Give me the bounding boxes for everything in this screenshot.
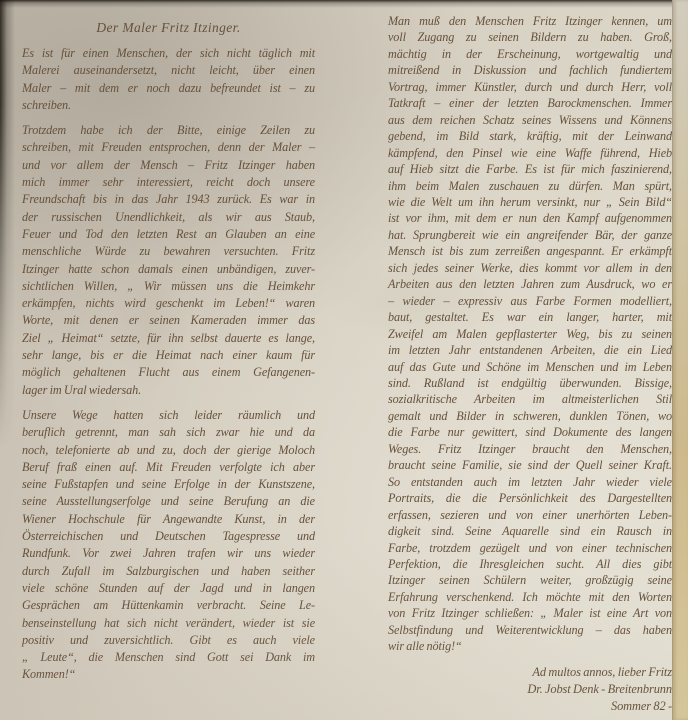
- text-line: wie die Welt um ihn herum versinkt, nur …: [388, 194, 672, 210]
- text-line: sich jedes seiner Werke, dies kommt vor …: [388, 260, 672, 276]
- text-line: aus dem reichen Schatz seines Wissens un…: [388, 112, 672, 128]
- text-line: auf Hieb sitzt die Farbe. Es ist für mic…: [388, 161, 672, 177]
- paragraph: Trotzdem habe ich der Bitte, einige Zeil…: [22, 122, 315, 399]
- text-line: und vor allem der Mensch – Fritz Itzinge…: [22, 157, 315, 174]
- text-line: Es ist für einen Menschen, der sich nich…: [22, 45, 315, 62]
- text-line: sichtlichen Willen, „ Wir müssen uns die…: [22, 278, 315, 295]
- text-line: sind. Rußland ist endgültig überwunden. …: [388, 375, 672, 391]
- text-line: benseinstellung hat sich nicht verändert…: [22, 615, 315, 632]
- text-line: schreiben, mit Freuden entsprochen, denn…: [22, 139, 315, 156]
- text-line: sehr lange, bis er die Heimat nach einer…: [22, 347, 315, 364]
- text-line: Mensch ist bis zum zerreißen angespannt.…: [388, 243, 672, 259]
- text-line: auf das Gute und Schöne im Menschen und …: [388, 359, 672, 375]
- text-line: – wieder – expressiv aus Farbe Formen mo…: [388, 293, 672, 309]
- text-line: viele schöne Stunden auf der Jagd und in…: [22, 580, 315, 597]
- text-line: Gesprächen am Hüttenkamin verbracht. Sei…: [22, 597, 315, 614]
- right-column: Man muß den Menschen Fritz Itzinger kenn…: [388, 13, 672, 715]
- page-title: Der Maler Fritz Itzinger.: [22, 18, 315, 38]
- text-line: Man muß den Menschen Fritz Itzinger kenn…: [388, 13, 672, 29]
- text-line: Ad multos annos, lieber Fritz: [388, 664, 672, 681]
- text-line: Zweifel am Malen gepflasterter Weg, bis …: [388, 326, 672, 342]
- text-line: mich immer sehr interessiert, reicht doc…: [22, 174, 315, 191]
- text-line: Feuer und Tod den letzten Rest an Glaube…: [22, 226, 315, 243]
- text-line: Maler – mit dem er noch dazu befreundet …: [22, 80, 315, 97]
- text-line: Portraits, die die Persönlichkeit des Da…: [388, 490, 672, 506]
- text-line: der russischen Unendlichkeit, als wir au…: [22, 209, 315, 226]
- text-line: Perfektion, die Ihresgleichen sucht. All…: [388, 556, 672, 572]
- text-line: Arbeiten aus den letzten Jahren zum Ausd…: [388, 276, 672, 292]
- text-line: Freundschaft bis in das Jahr 1943 zurück…: [22, 191, 315, 208]
- text-line: Weges. Fritz Itzinger braucht den Mensch…: [388, 441, 672, 457]
- text-line: Rundfunk. Vor zwei Jahren trafen wir uns…: [22, 545, 315, 562]
- text-line: wir alle nötig!“: [388, 638, 672, 654]
- text-line: Worte, mit denen er seinen Kameraden imm…: [22, 312, 315, 329]
- paragraph: Unsere Wege hatten sich leider räumlich …: [22, 407, 315, 684]
- text-line: So entstanden auch im letzten Jahr wiede…: [388, 474, 672, 490]
- text-line: ihm beim Malen zuschauen zu dürfen. Man …: [388, 178, 672, 194]
- text-line: lager im Ural wiedersah.: [22, 382, 315, 399]
- photo-edge-shadow-left: [0, 0, 16, 470]
- text-line: Farbe, trotzdem gezügelt und von einer t…: [388, 540, 672, 556]
- text-line: Erfahrung verschenkend. Ich möchte mit d…: [388, 589, 672, 605]
- text-line: braucht seine Familie, sie sind der Quel…: [388, 457, 672, 473]
- text-line: noch, telefonierte ab und zu, doch der g…: [22, 442, 315, 459]
- text-line: kämpfend, den Pinsel wie eine Waffe führ…: [388, 145, 672, 161]
- text-line: sozialkritische Arbeiten im altmeisterli…: [388, 391, 672, 407]
- text-line: möglich gehaltenen Flucht aus einem Gefa…: [22, 364, 315, 381]
- paragraph: Es ist für einen Menschen, der sich nich…: [22, 45, 315, 114]
- text-line: mächtig in der Erscheinung, wortgewaltig…: [388, 46, 672, 62]
- text-line: durch Zufall im Salzburgischen und haben…: [22, 563, 315, 580]
- photo-edge-shadow-top: [0, 0, 688, 8]
- text-line: Kommen!“: [22, 666, 315, 683]
- text-line: seine Fußstapfen und seine Erfolge in de…: [22, 476, 315, 493]
- text-line: beruflich getrennt, man sah sich zwar hi…: [22, 424, 315, 441]
- text-line: gebend, im Bild stark, kräftig, mit der …: [388, 128, 672, 144]
- scanned-page: Der Maler Fritz Itzinger. Es ist für ein…: [0, 0, 688, 720]
- text-line: erfassen, sezieren und von einer unerhör…: [388, 507, 672, 523]
- text-line: menschliche Würde zu bewahren versuchten…: [22, 243, 315, 260]
- text-line: mitreißend in Diskussion und fachlich fu…: [388, 62, 672, 78]
- text-line: Trotzdem habe ich der Bitte, einige Zeil…: [22, 122, 315, 139]
- text-line: gemalt und Bilder in schweren, dunklen T…: [388, 408, 672, 424]
- text-line: Dr. Jobst Denk - Breitenbrunn: [388, 681, 672, 698]
- text-line: Tatkraft – einer der letzten Barockmensc…: [388, 95, 672, 111]
- text-line: baut, gestaltet. Es war ein langer, hart…: [388, 309, 672, 325]
- text-line: erkämpfen, nichts wird geschenkt im Lebe…: [22, 295, 315, 312]
- text-line: Itzinger seinen Schülern weiter, großzüg…: [388, 572, 672, 588]
- signature-block: Ad multos annos, lieber FritzDr. Jobst D…: [388, 664, 672, 715]
- text-line: Österreichischen und Deutschen Tagespres…: [22, 528, 315, 545]
- page-edge-strip: [672, 0, 688, 720]
- text-line: hat. Sprungbereit wie ein angreifender B…: [388, 227, 672, 243]
- text-line: Malerei auseinandersetzt, nicht leicht, …: [22, 62, 315, 79]
- text-line: ist vor ihm, mit dem er nun den Kampf au…: [388, 210, 672, 226]
- text-line: Unsere Wege hatten sich leider räumlich …: [22, 407, 315, 424]
- text-line: Wiener Hochschule für Angewandte Kunst, …: [22, 511, 315, 528]
- text-line: Ziel „ Heimat“ setzte, für ihn selbst da…: [22, 330, 315, 347]
- text-line: „ Leute“, die Menschen sind Gott sei Dan…: [22, 649, 315, 666]
- left-column: Der Maler Fritz Itzinger. Es ist für ein…: [22, 18, 315, 692]
- text-line: positiv und zuversichtlich. Gibt es auch…: [22, 632, 315, 649]
- text-line: seine Ausstellungserfolge und seine Beru…: [22, 493, 315, 510]
- text-line: Sommer 82 -: [388, 698, 672, 715]
- paragraph: Man muß den Menschen Fritz Itzinger kenn…: [388, 13, 672, 655]
- text-line: Selbstfindung und Weiterentwicklung – da…: [388, 622, 672, 638]
- text-line: voll Zugang zu seinen Bildern zu haben. …: [388, 29, 672, 45]
- text-line: die Farbe nur gewittert, sind Dokumente …: [388, 424, 672, 440]
- text-line: schreiben.: [22, 97, 315, 114]
- text-line: Itzinger hatte schon damals einen unbänd…: [22, 261, 315, 278]
- text-line: im letzten Jahr entstandenen Arbeiten, d…: [388, 342, 672, 358]
- text-line: Vortrag, immer Künstler, durch und durch…: [388, 79, 672, 95]
- text-line: Beruf fraß einen auf. Mit Freuden verfol…: [22, 459, 315, 476]
- text-line: digkeit sind. Seine Aquarelle sind ein R…: [388, 523, 672, 539]
- text-line: von Fritz Itzinger schließen: „ Maler is…: [388, 605, 672, 621]
